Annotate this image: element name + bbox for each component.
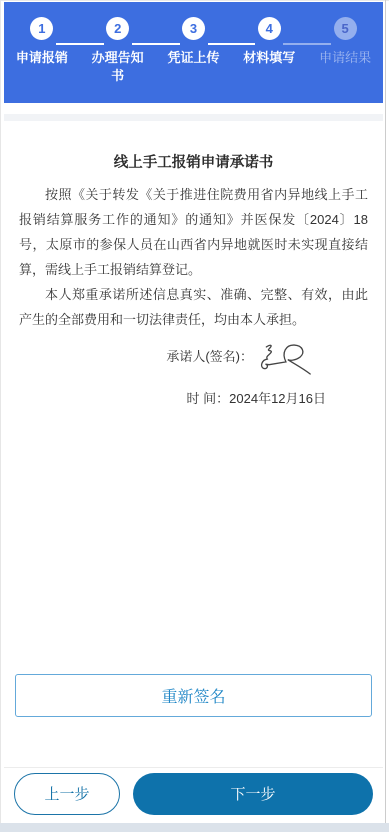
step-4-circle: 4	[258, 17, 281, 40]
step-2-circle: 2	[106, 17, 129, 40]
step-2-notice: 2 办理告知书	[80, 17, 156, 103]
step-5-circle: 5	[334, 17, 357, 40]
bottom-nav-bar: 上一步 下一步	[4, 767, 383, 823]
previous-step-button[interactable]: 上一步	[14, 773, 120, 815]
resign-button[interactable]: 重新签名	[15, 674, 372, 717]
next-step-button[interactable]: 下一步	[133, 773, 373, 815]
signature-image	[257, 340, 313, 380]
app-container: 1 申请报销 2 办理告知书 3 凭证上传 4 材料填写 5 申请结果 线上手工…	[4, 2, 383, 823]
resign-button-area: 重新签名	[19, 674, 368, 717]
step-5-label: 申请结果	[319, 49, 371, 67]
frame-top-edge	[0, 0, 389, 1]
step-3-label: 凭证上传	[167, 49, 219, 67]
step-3-voucher-upload: 3 凭证上传	[156, 17, 232, 103]
signature-row: 承诺人(签名)：	[19, 344, 368, 380]
step-1-apply: 1 申请报销	[4, 17, 80, 103]
section-divider	[4, 114, 383, 121]
step-4-material-fill: 4 材料填写	[231, 17, 307, 103]
frame-left-edge	[0, 0, 1, 832]
signature-label: 承诺人(签名)：	[166, 344, 253, 369]
commitment-letter-card: 线上手工报销申请承诺书 按照《关于转发《关于推进住院费用省内异地线上手工报销结算…	[4, 121, 383, 767]
wizard-stepper: 1 申请报销 2 办理告知书 3 凭证上传 4 材料填写 5 申请结果	[4, 2, 383, 103]
step-3-circle: 3	[182, 17, 205, 40]
date-row: 时 间：2024年12月16日	[19, 388, 368, 407]
step-4-label: 材料填写	[243, 49, 295, 67]
frame-bottom-strip	[0, 823, 389, 832]
document-paragraph-1: 按照《关于转发《关于推进住院费用省内异地线上手工报销结算服务工作的通知》的通知》…	[19, 182, 368, 282]
step-5-result: 5 申请结果	[307, 17, 383, 103]
frame-right-edge	[385, 0, 386, 823]
step-1-label: 申请报销	[16, 49, 68, 67]
date-value: 2024年12月16日	[229, 391, 326, 406]
step-1-circle: 1	[30, 17, 53, 40]
document-title: 线上手工报销申请承诺书	[19, 151, 368, 172]
date-label: 时 间：	[187, 391, 230, 406]
header-gap	[4, 103, 383, 114]
step-2-label: 办理告知书	[88, 49, 148, 85]
document-paragraph-2: 本人郑重承诺所述信息真实、准确、完整、有效，由此产生的全部费用和一切法律责任，均…	[19, 282, 368, 332]
